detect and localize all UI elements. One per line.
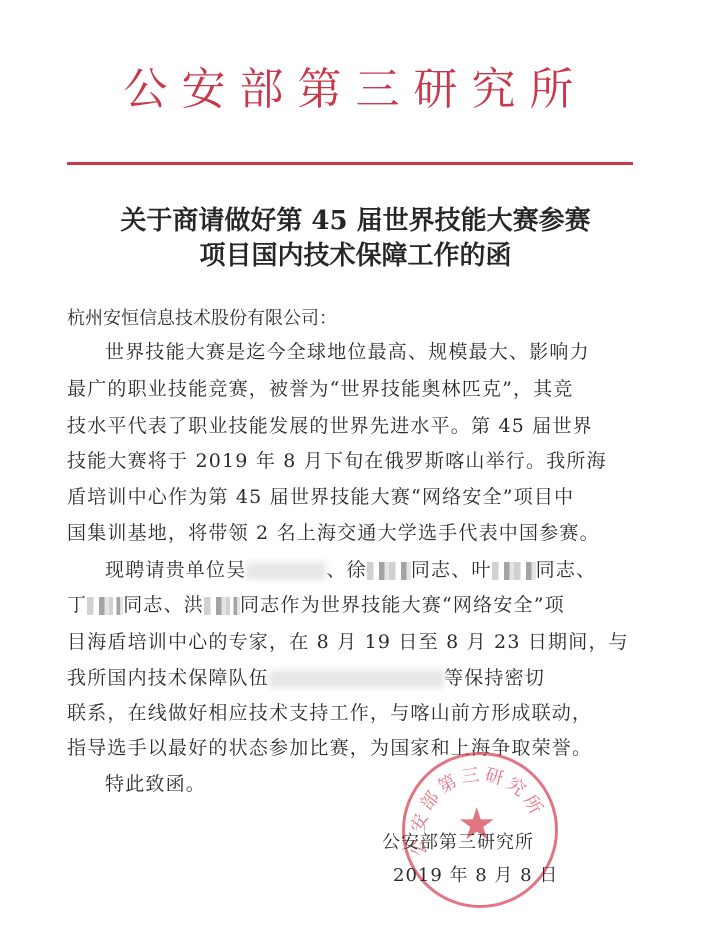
paragraph2-line: 现聘请贵单位吴、徐同志、叶同志、 — [105, 555, 596, 585]
document-title-line2: 项目国内技术保障工作的函 — [0, 238, 711, 274]
paragraph2-line: 目海盾培训中心的专家，在 8 月 19 日至 8 月 23 日期间，与 — [67, 627, 629, 657]
document-title-line1: 关于商请做好第 45 届世界技能大赛参赛 — [0, 203, 711, 239]
paragraph2-line: 联系，在线做好相应技术支持工作，与喀山前方形成联动， — [67, 698, 592, 728]
redacted-name — [514, 562, 536, 580]
signature-org: 公安部第三研究所 — [382, 828, 534, 854]
text-segment: 现聘请贵单位吴 — [105, 559, 246, 581]
redacted-name — [492, 562, 514, 580]
text-segment: 同志作为世界技能大赛“网络安全”项 — [240, 594, 565, 616]
text-segment: 丁 — [67, 594, 87, 616]
text-segment: 同志、叶 — [411, 559, 492, 581]
paragraph1-line: 技水平代表了职业技能发展的世界先进水平。第 45 届世界 — [67, 411, 593, 441]
text-segment: 同志、 — [536, 559, 597, 581]
addressee: 杭州安恒信息技术股份有限公司： — [67, 305, 337, 333]
redacted-name — [87, 597, 109, 615]
closing-text: 特此致函。 — [105, 769, 206, 799]
redacted-name — [246, 562, 326, 580]
text-segment: 等保持密切 — [444, 667, 545, 689]
paragraph1-line: 技能大赛将于 2019 年 8 月下旬在俄罗斯喀山举行。我所海 — [67, 446, 607, 476]
redacted-name — [204, 597, 226, 615]
redacted-name — [226, 597, 240, 615]
text-segment: 我所国内技术保障队伍 — [67, 667, 269, 689]
paragraph1-line: 世界技能大赛是迄今全球地位最高、规模最大、影响力 — [105, 337, 590, 367]
redacted-name — [367, 562, 389, 580]
redacted-name — [109, 597, 123, 615]
paragraph2-line: 我所国内技术保障队伍等保持密切 — [67, 663, 545, 693]
redacted-contact — [269, 670, 444, 688]
letterhead-divider — [67, 162, 633, 165]
paragraph1-line: 盾培训中心作为第 45 届世界技能大赛“网络安全”项目中 — [67, 482, 574, 512]
paragraph1-line: 最广的职业技能竞赛，被誉为“世界技能奥林匹克”，其竞 — [67, 374, 574, 404]
text-segment: 、徐 — [326, 559, 366, 581]
redacted-name — [389, 562, 411, 580]
paragraph1-line: 国集训基地，将带领 2 名上海交通大学选手代表中国参赛。 — [67, 518, 600, 548]
letterhead-org-name: 公安部第三研究所 — [0, 60, 711, 120]
signature-date: 2019 年 8 月 8 日 — [393, 861, 558, 887]
paragraph2-line: 丁同志、洪同志作为世界技能大赛“网络安全”项 — [67, 590, 565, 620]
text-segment: 同志、洪 — [123, 594, 204, 616]
